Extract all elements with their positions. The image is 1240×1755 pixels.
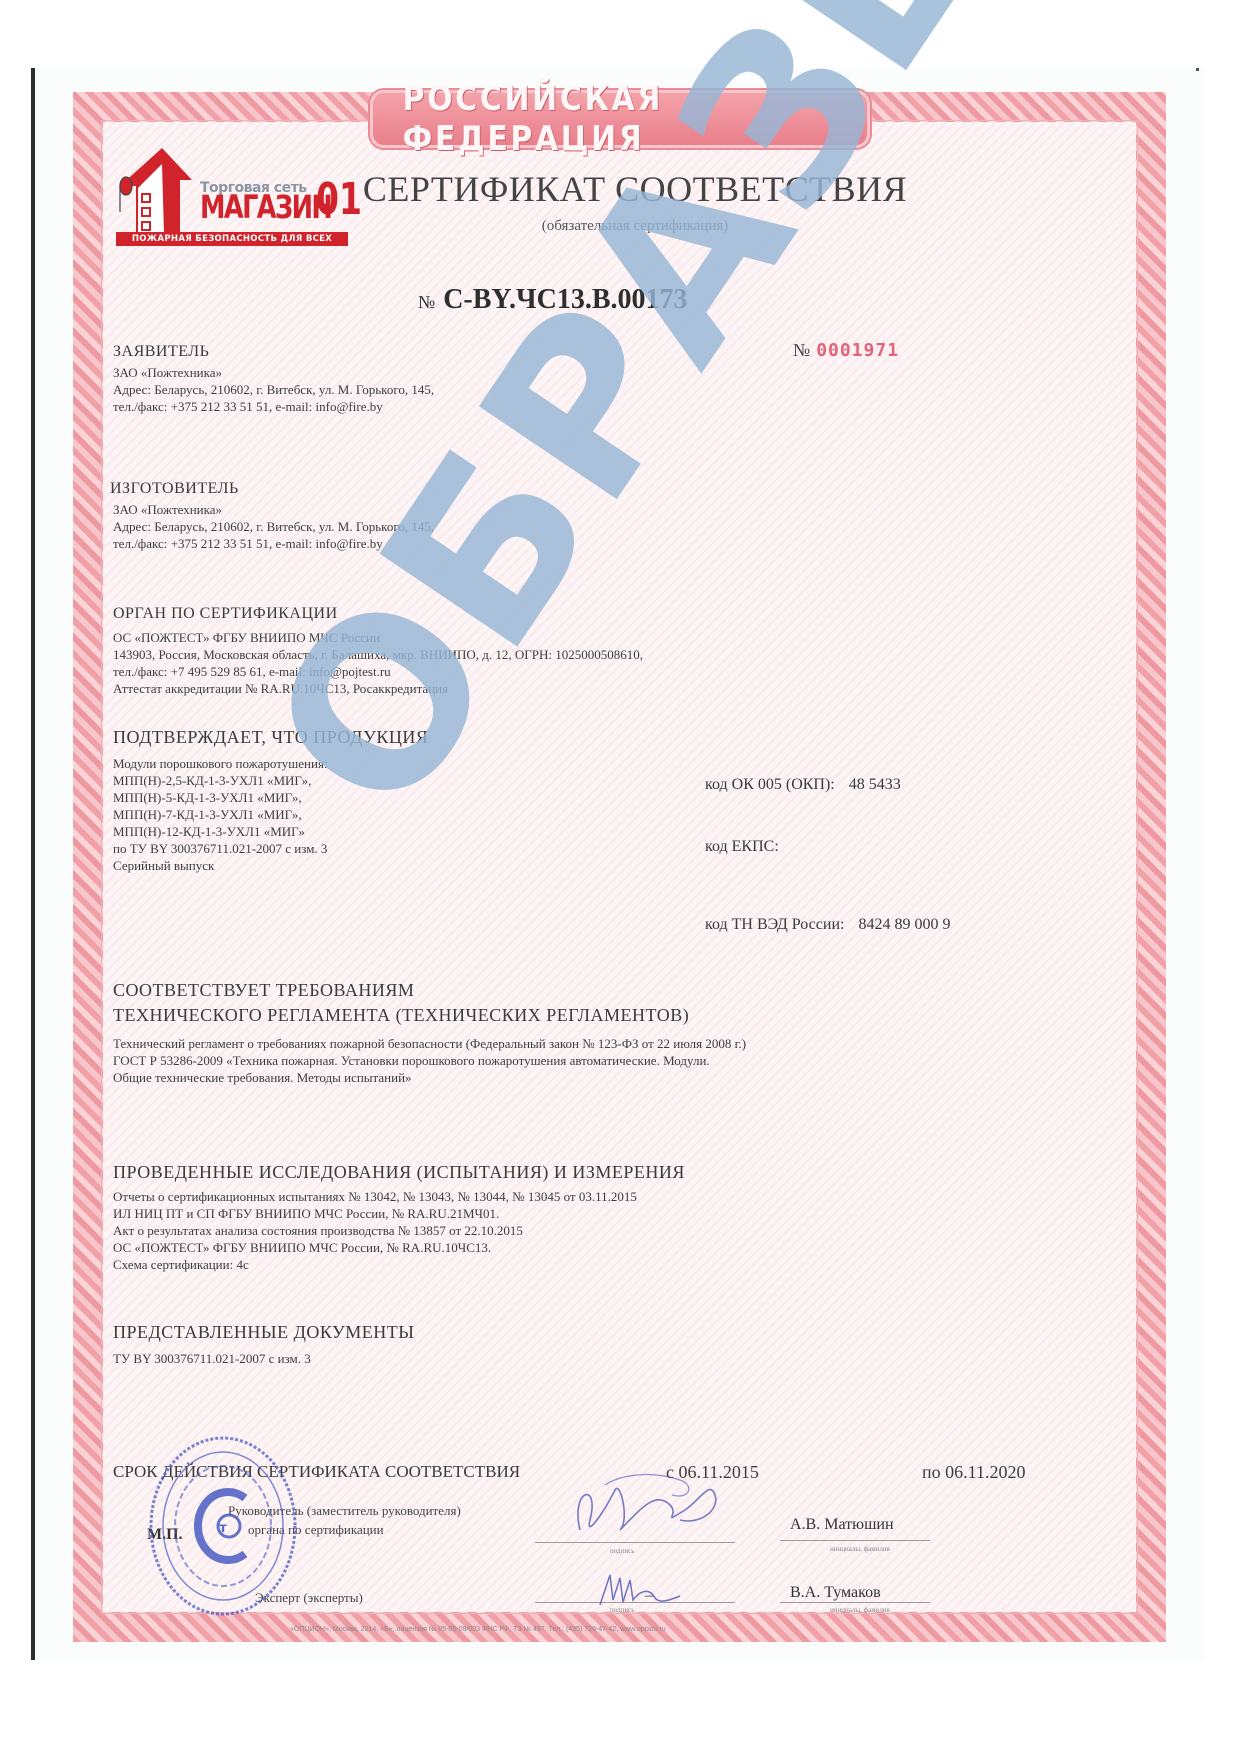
product-line: МПП(Н)-12-КД-1-3-УХЛ1 «МИГ» <box>113 823 328 840</box>
serial-label: № <box>793 340 810 360</box>
documents-details: ТУ BY 300376711.021-2007 с изм. 3 <box>113 1350 311 1367</box>
document-subtitle: (обязательная сертификация) <box>345 218 925 235</box>
expert-handwritten-signature-icon <box>595 1570 685 1610</box>
head-name-line <box>780 1540 930 1541</box>
code-label: код ОК 005 (ОКП): <box>705 776 835 793</box>
serial-value: 0001971 <box>816 340 899 361</box>
to-prefix: по <box>922 1462 941 1482</box>
certification-body-heading: ОРГАН ПО СЕРТИФИКАЦИИ <box>113 605 338 623</box>
expert-name-caption: инициалы, фамилия <box>830 1606 890 1614</box>
document-title: СЕРТИФИКАТ СООТВЕТСТВИЯ <box>345 168 925 210</box>
tests-details: Отчеты о сертификационных испытаниях № 1… <box>113 1188 637 1273</box>
tests-line: ОС «ПОЖТЕСТ» ФГБУ ВНИИПО МЧС России, № R… <box>113 1239 637 1256</box>
certification-body-line: ОС «ПОЖТЕСТ» ФГБУ ВНИИПО МЧС России <box>113 629 643 646</box>
product-line: Модули порошкового пожаротушения: <box>113 755 328 772</box>
compliance-line: Общие технические требования. Методы исп… <box>113 1069 746 1086</box>
code-label: код ЕКПС: <box>705 838 779 855</box>
logo-brand-name: МАГАЗИН <box>200 192 331 222</box>
validity-to: по 06.11.2020 <box>922 1462 1025 1483</box>
compliance-subheading: ТЕХНИЧЕСКОГО РЕГЛАМЕНТА (ТЕХНИЧЕСКИХ РЕГ… <box>113 1005 689 1026</box>
product-heading: ПОДТВЕРЖДАЕТ, ЧТО ПРОДУКЦИЯ <box>113 727 428 748</box>
applicant-line: Адрес: Беларусь, 210602, г. Витебск, ул.… <box>113 381 434 398</box>
manufacturer-details: ЗАО «Пожтехника» Адрес: Беларусь, 210602… <box>113 501 434 552</box>
manufacturer-line: Адрес: Беларусь, 210602, г. Витебск, ул.… <box>113 518 434 535</box>
code-okp: код ОК 005 (ОКП):48 5433 <box>705 776 901 794</box>
applicant-line: ЗАО «Пожтехника» <box>113 364 434 381</box>
head-name: А.В. Матюшин <box>790 1516 894 1534</box>
logo-tagline: ПОЖАРНАЯ БЕЗОПАСНОСТЬ ДЛЯ ВСЕХ <box>116 232 348 246</box>
code-value: 8424 89 000 9 <box>858 916 950 933</box>
manufacturer-heading: ИЗГОТОВИТЕЛЬ <box>110 480 239 498</box>
head-handwritten-signature-icon <box>560 1470 730 1550</box>
product-description: Модули порошкового пожаротушения: МПП(Н)… <box>113 755 328 874</box>
scan-artifact <box>1196 68 1199 71</box>
certification-body-line: Аттестат аккредитации № RA.RU.10ЧС13, Ро… <box>113 680 643 697</box>
applicant-heading: ЗАЯВИТЕЛЬ <box>113 343 209 361</box>
to-date: 06.11.2020 <box>945 1462 1025 1482</box>
certificate-number: №С-BY.ЧС13.В.00173 <box>418 284 688 316</box>
banner-text: РОССИЙСКАЯ ФЕДЕРАЦИЯ <box>403 79 838 159</box>
country-banner: РОССИЙСКАЯ ФЕДЕРАЦИЯ <box>370 90 870 148</box>
printer-info: «ОПЦИОН», Москва, 2014, «Б», лицензия № … <box>290 1626 666 1633</box>
number-sign: № <box>418 292 435 312</box>
tests-line: Акт о результатах анализа состояния прои… <box>113 1222 637 1239</box>
round-seal-stamp-icon: т <box>145 1428 305 1618</box>
tests-heading: ПРОВЕДЕННЫЕ ИССЛЕДОВАНИЯ (ИСПЫТАНИЯ) И И… <box>113 1162 685 1183</box>
product-line: МПП(Н)-7-КД-1-3-УХЛ1 «МИГ», <box>113 806 328 823</box>
applicant-line: тел./факс: +375 212 33 51 51, e-mail: in… <box>113 398 434 415</box>
svg-text:т: т <box>219 1521 227 1536</box>
code-label: код ТН ВЭД России: <box>705 916 844 933</box>
compliance-heading: СООТВЕТСТВУЕТ ТРЕБОВАНИЯМ <box>113 980 414 1001</box>
product-line: МПП(Н)-2,5-КД-1-3-УХЛ1 «МИГ», <box>113 772 328 789</box>
compliance-details: Технический регламент о требованиях пожа… <box>113 1035 746 1086</box>
code-tnved: код ТН ВЭД России:8424 89 000 9 <box>705 916 950 934</box>
certification-body-details: ОС «ПОЖТЕСТ» ФГБУ ВНИИПО МЧС России 1439… <box>113 629 643 697</box>
tests-line: Схема сертификации: 4с <box>113 1256 637 1273</box>
product-line: МПП(Н)-5-КД-1-3-УХЛ1 «МИГ», <box>113 789 328 806</box>
house-with-extinguisher-icon <box>116 146 192 234</box>
certification-body-line: тел./факс: +7 495 529 85 61, e-mail: inf… <box>113 663 643 680</box>
head-name-caption: инициалы, фамилия <box>830 1545 890 1553</box>
compliance-line: ГОСТ Р 53286-2009 «Техника пожарная. Уст… <box>113 1052 746 1069</box>
product-line: Серийный выпуск <box>113 857 328 874</box>
tests-line: ИЛ НИЦ ПТ и СП ФГБУ ВНИИПО МЧС России, №… <box>113 1205 637 1222</box>
documents-line: ТУ BY 300376711.021-2007 с изм. 3 <box>113 1350 311 1367</box>
blank-serial-number: №0001971 <box>793 340 899 361</box>
certification-body-line: 143903, Россия, Московская область, г. Б… <box>113 646 643 663</box>
store-logo: Торговая сеть МАГАЗИН 01 ПОЖАРНАЯ БЕЗОПА… <box>116 146 346 246</box>
compliance-line: Технический регламент о требованиях пожа… <box>113 1035 746 1052</box>
tests-line: Отчеты о сертификационных испытаниях № 1… <box>113 1188 637 1205</box>
certificate-number-value: С-BY.ЧС13.В.00173 <box>443 284 687 315</box>
manufacturer-line: ЗАО «Пожтехника» <box>113 501 434 518</box>
code-value: 48 5433 <box>849 776 901 793</box>
code-ekps: код ЕКПС: <box>705 838 793 856</box>
applicant-details: ЗАО «Пожтехника» Адрес: Беларусь, 210602… <box>113 364 434 415</box>
product-line: по ТУ BY 300376711.021-2007 с изм. 3 <box>113 840 328 857</box>
expert-name: В.А. Тумаков <box>790 1584 881 1602</box>
expert-name-line <box>780 1602 930 1603</box>
manufacturer-line: тел./факс: +375 212 33 51 51, e-mail: in… <box>113 535 434 552</box>
documents-heading: ПРЕДСТАВЛЕННЫЕ ДОКУМЕНТЫ <box>113 1322 414 1343</box>
